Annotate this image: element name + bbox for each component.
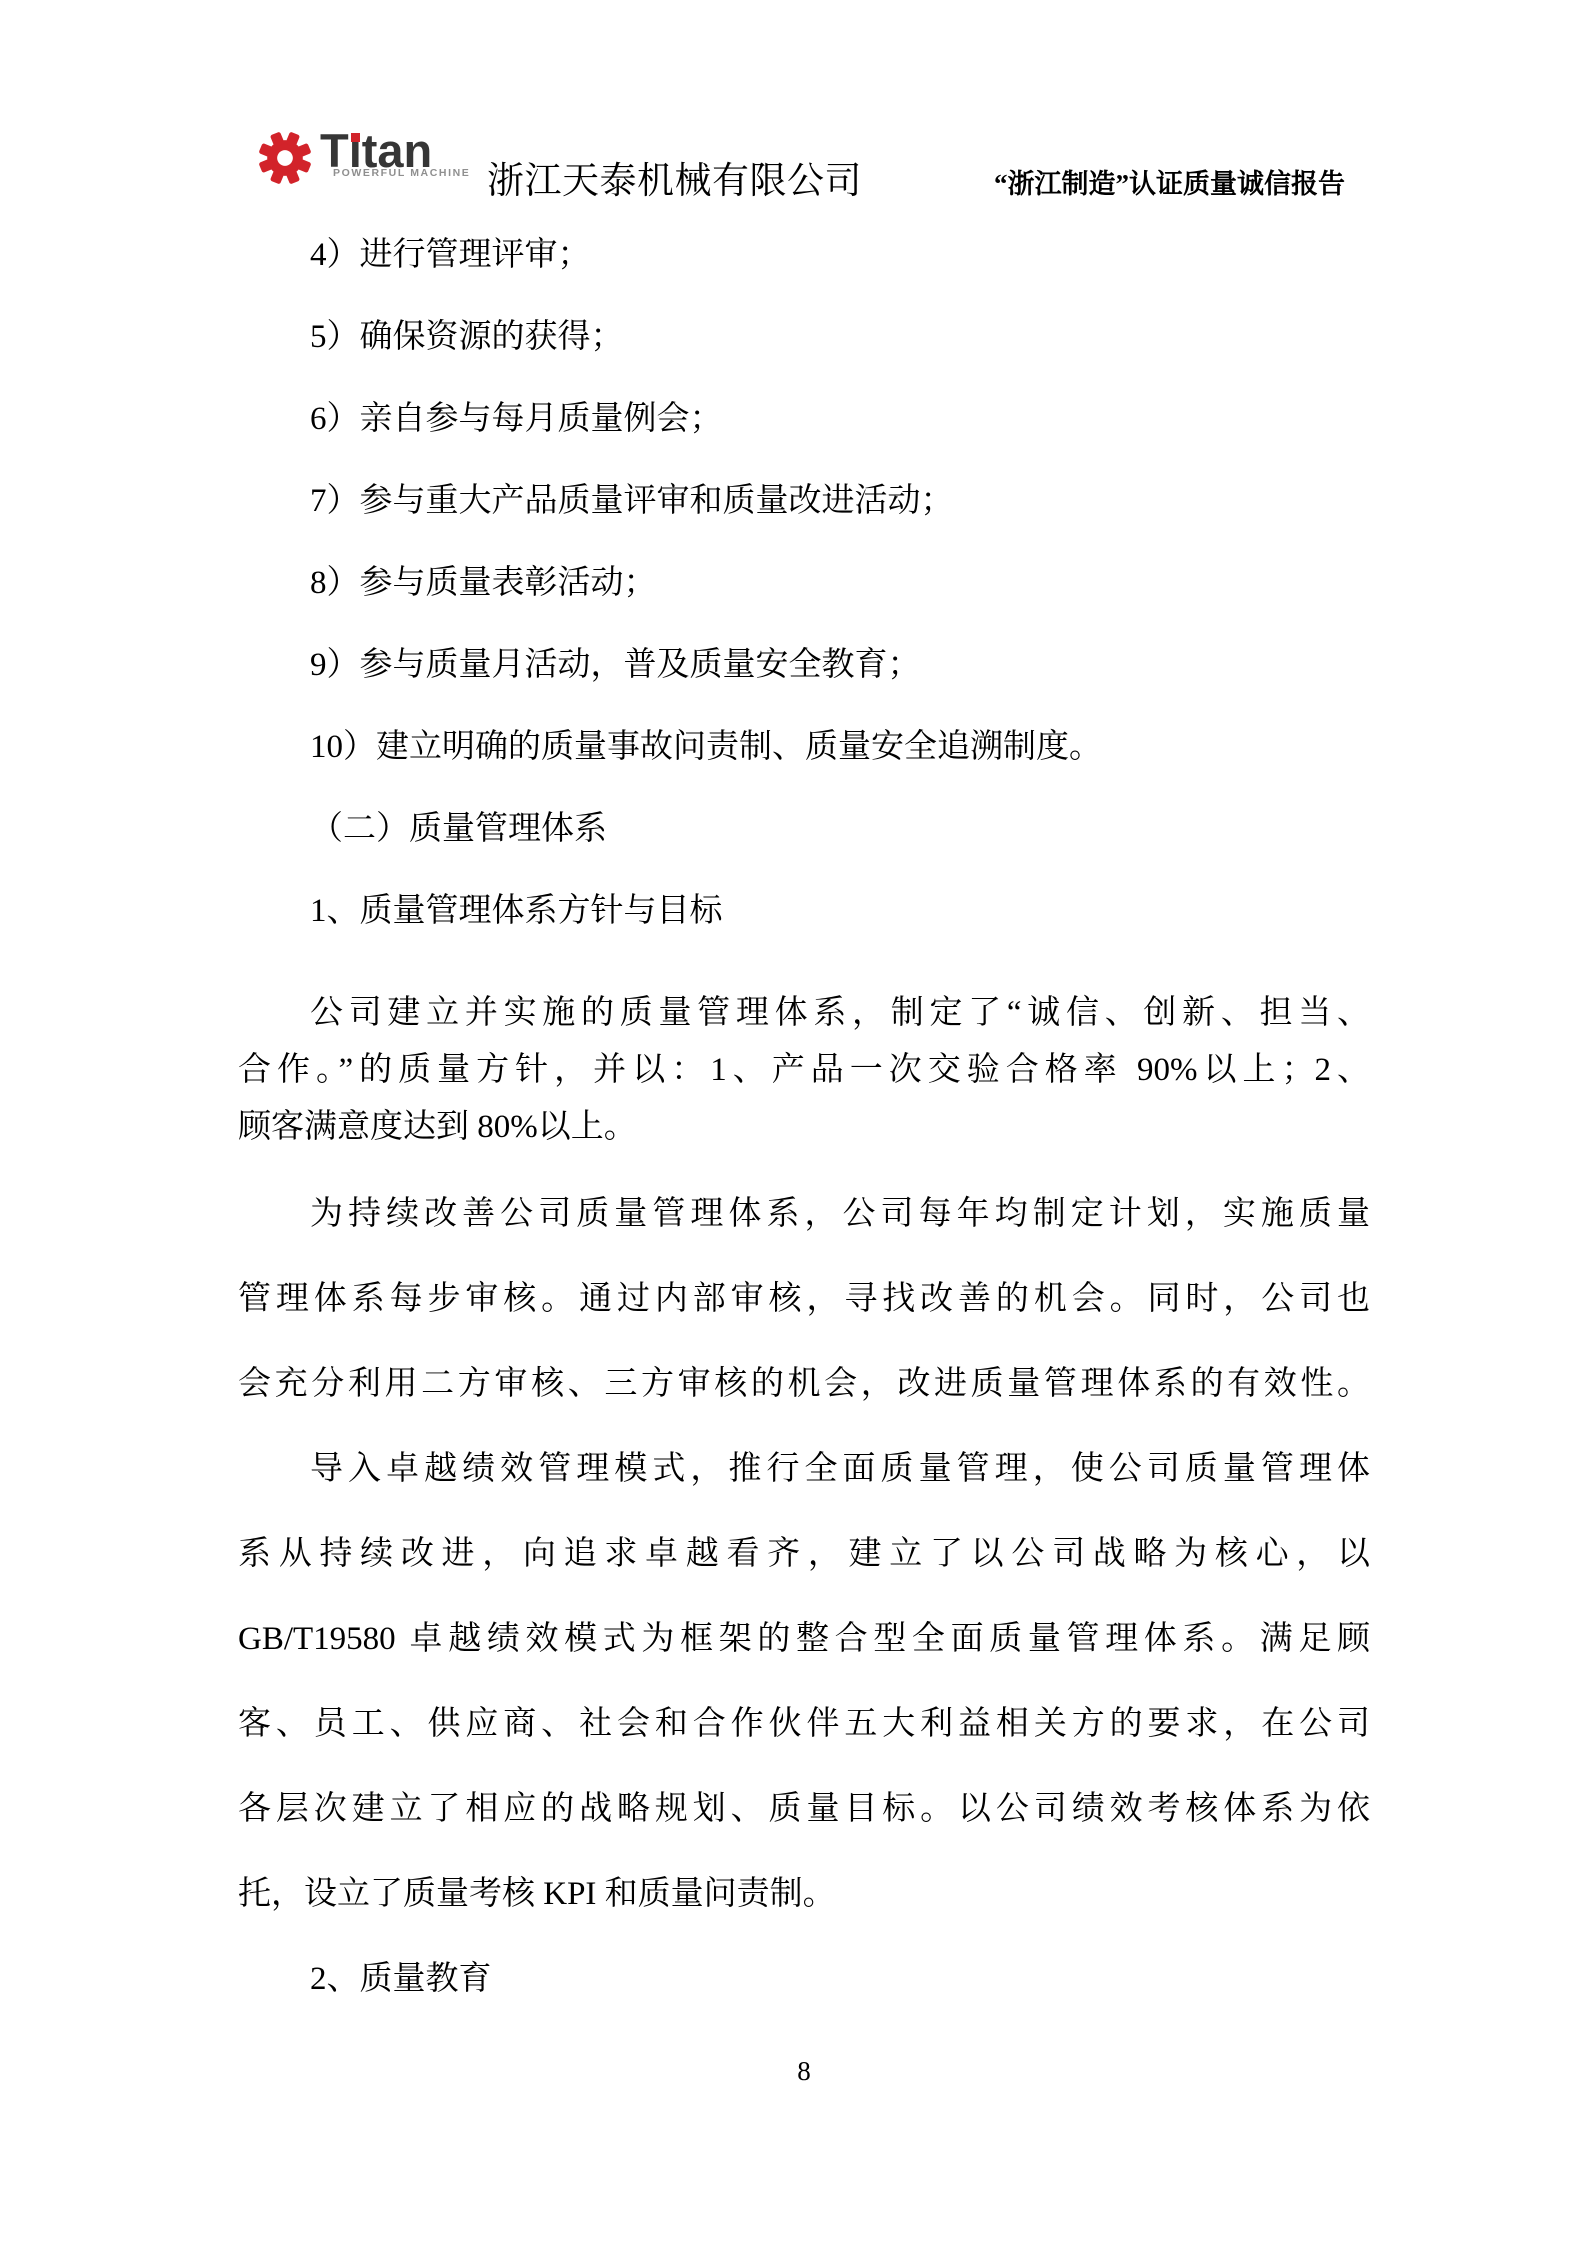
subsection-heading: 1、质量管理体系方针与目标 xyxy=(238,894,1370,929)
paragraph-line: 合作。”的质量方针，并以：1、产品一次交验合格率 90%以上；2、 xyxy=(238,1053,1370,1088)
paragraph-line: 会充分利用二方审核、三方审核的机会，改进质量管理体系的有效性。 xyxy=(238,1367,1370,1402)
paragraph-line: 系从持续改进，向追求卓越看齐，建立了以公司战略为核心，以 xyxy=(238,1537,1370,1572)
paragraph-line: 管理体系每步审核。通过内部审核，寻找改善的机会。同时，公司也 xyxy=(238,1282,1370,1317)
document-page: Tıtan POWERFUL MACHINE 浙江天泰机械有限公司 “浙江制造”… xyxy=(0,0,1587,2245)
page-number: 8 xyxy=(238,2058,1370,2085)
list-item-10: 10）建立明确的质量事故问责制、质量安全追溯制度。 xyxy=(238,730,1370,765)
section-heading: （二）质量管理体系 xyxy=(238,812,1370,847)
paragraph-line: GB/T19580 卓越绩效模式为框架的整合型全面质量管理体系。满足顾 xyxy=(238,1622,1370,1657)
paragraph-line: 各层次建立了相应的战略规划、质量目标。以公司绩效考核体系为依 xyxy=(238,1792,1370,1827)
paragraph-line: 托，设立了质量考核 KPI 和质量问责制。 xyxy=(238,1877,1370,1912)
list-item-5: 5）确保资源的获得； xyxy=(238,320,1370,355)
subsection-heading: 2、质量教育 xyxy=(238,1962,1370,1997)
list-item-8: 8）参与质量表彰活动； xyxy=(238,566,1370,601)
list-item-9: 9）参与质量月活动，普及质量安全教育； xyxy=(238,648,1370,683)
paragraph-line: 导入卓越绩效管理模式，推行全面质量管理，使公司质量管理体 xyxy=(238,1452,1370,1487)
list-item-6: 6）亲自参与每月质量例会； xyxy=(238,402,1370,437)
paragraph-line: 顾客满意度达到 80%以上。 xyxy=(238,1110,1370,1145)
paragraph-line: 为持续改善公司质量管理体系，公司每年均制定计划，实施质量 xyxy=(238,1197,1370,1232)
list-item-4: 4）进行管理评审； xyxy=(238,238,1370,273)
document-body: 4）进行管理评审；5）确保资源的获得；6）亲自参与每月质量例会；7）参与重大产品… xyxy=(0,0,1587,2245)
paragraph-line: 公司建立并实施的质量管理体系，制定了“诚信、创新、担当、 xyxy=(238,996,1370,1031)
list-item-7: 7）参与重大产品质量评审和质量改进活动； xyxy=(238,484,1370,519)
paragraph-line: 客、员工、供应商、社会和合作伙伴五大利益相关方的要求，在公司 xyxy=(238,1707,1370,1742)
